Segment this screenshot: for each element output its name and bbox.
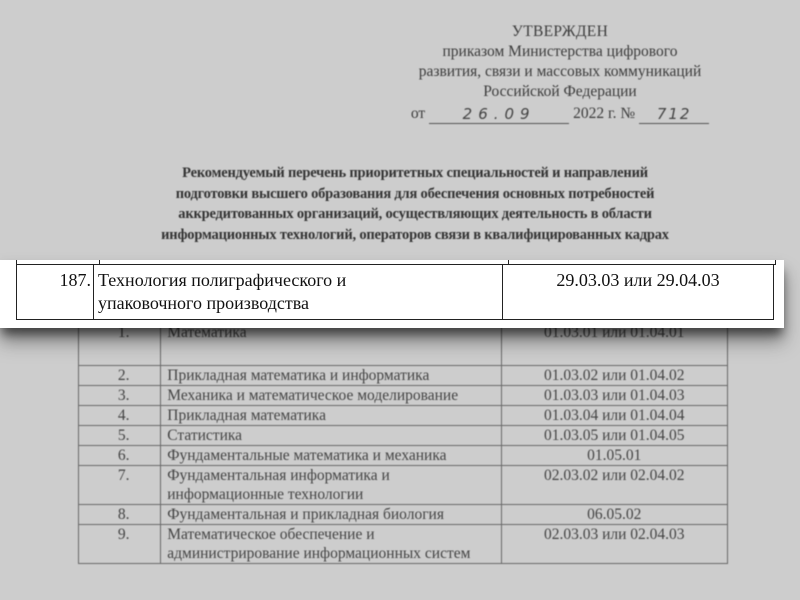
row-code: 01.03.01 или 01.04.01: [501, 323, 728, 366]
row-name: Прикладная математика и информатика: [161, 366, 501, 386]
row-name: Фундаментальные математика и механика: [161, 446, 501, 466]
row-name: Статистика: [161, 426, 501, 446]
table-row: 7.Фундаментальная информатика и информац…: [79, 466, 728, 505]
approval-line-1: приказом Министерства цифрового: [380, 42, 740, 62]
row-number: 187.: [17, 265, 94, 320]
row-number: 7.: [79, 466, 161, 505]
row-name: Технология полиграфического и упаковочно…: [94, 265, 503, 320]
row-name: Механика и математическое моделирование: [161, 386, 501, 406]
table-row: 5.Статистика01.03.05 или 01.04.05: [79, 426, 728, 446]
table-row: 4.Прикладная математика01.03.04 или 01.0…: [79, 406, 728, 426]
table-row: 8.Фундаментальная и прикладная биология0…: [79, 505, 728, 525]
row-code: 06.05.02: [501, 505, 728, 525]
heading-line-2: подготовки высшего образования для обесп…: [70, 184, 760, 205]
row-number: 6.: [79, 446, 161, 466]
heading-line-3: аккредитованных организаций, осуществляю…: [70, 204, 760, 225]
row-name-line-1: Технология полиграфического и: [98, 269, 498, 292]
row-code: 02.03.03 или 02.04.03: [501, 525, 728, 564]
table-row: 3.Механика и математическое моделировани…: [79, 386, 728, 406]
highlighted-row-strip: 187. Технология полиграфического и упако…: [0, 260, 784, 328]
row-name: Математическое обеспечение и администрир…: [161, 525, 501, 564]
row-code: 02.03.02 или 02.04.02: [501, 466, 728, 505]
table-row: 9.Математическое обеспечение и администр…: [79, 525, 728, 564]
row-number: 5.: [79, 426, 161, 446]
row-number: 9.: [79, 525, 161, 564]
year-label: 2022 г. №: [573, 104, 635, 124]
row-code: 01.03.03 или 01.04.03: [501, 386, 728, 406]
handwritten-order-number: 712: [639, 105, 709, 124]
row-code: 29.03.03 или 29.04.03: [503, 265, 774, 320]
row-number: 1.: [79, 323, 161, 366]
order-line: от 26.09 2022 г. № 712: [380, 104, 740, 124]
approval-line-2: развития, связи и массовых коммуникаций: [380, 62, 740, 82]
row-code: 01.05.01: [501, 446, 728, 466]
row-number: 4.: [79, 406, 161, 426]
row-name: Фундаментальная и прикладная биология: [161, 505, 501, 525]
handwritten-date: 26.09: [429, 105, 569, 124]
table-row: 6.Фундаментальные математика и механика0…: [79, 446, 728, 466]
row-name: Прикладная математика: [161, 406, 501, 426]
heading-line-4: информационных технологий, операторов св…: [70, 225, 760, 246]
from-label: от: [411, 104, 425, 124]
specialties-table: 1.Математика01.03.01 или 01.04.012.Прикл…: [78, 322, 728, 564]
row-code: 01.03.02 или 01.04.02: [501, 366, 728, 386]
row-number: 3.: [79, 386, 161, 406]
table-row: 1.Математика01.03.01 или 01.04.01: [79, 323, 728, 366]
row-name: Математика: [161, 323, 501, 366]
row-name: Фундаментальная информатика и информацио…: [161, 466, 501, 505]
heading-line-1: Рекомендуемый перечень приоритетных спец…: [70, 163, 760, 184]
table-row-highlighted: 187. Технология полиграфического и упако…: [17, 265, 774, 320]
highlighted-row-table: 187. Технология полиграфического и упако…: [16, 264, 774, 320]
document-heading: Рекомендуемый перечень приоритетных спец…: [70, 163, 760, 245]
approval-line-3: Российской Федерации: [380, 82, 740, 102]
table-row: 2.Прикладная математика и информатика01.…: [79, 366, 728, 386]
row-number: 2.: [79, 366, 161, 386]
row-code: 01.03.05 или 01.04.05: [501, 426, 728, 446]
approval-title: УТВЕРЖДЕН: [380, 22, 740, 42]
row-code: 01.03.04 или 01.04.04: [501, 406, 728, 426]
row-number: 8.: [79, 505, 161, 525]
approval-stamp: УТВЕРЖДЕН приказом Министерства цифровог…: [380, 22, 740, 124]
row-name-line-2: упаковочного производства: [98, 292, 498, 315]
